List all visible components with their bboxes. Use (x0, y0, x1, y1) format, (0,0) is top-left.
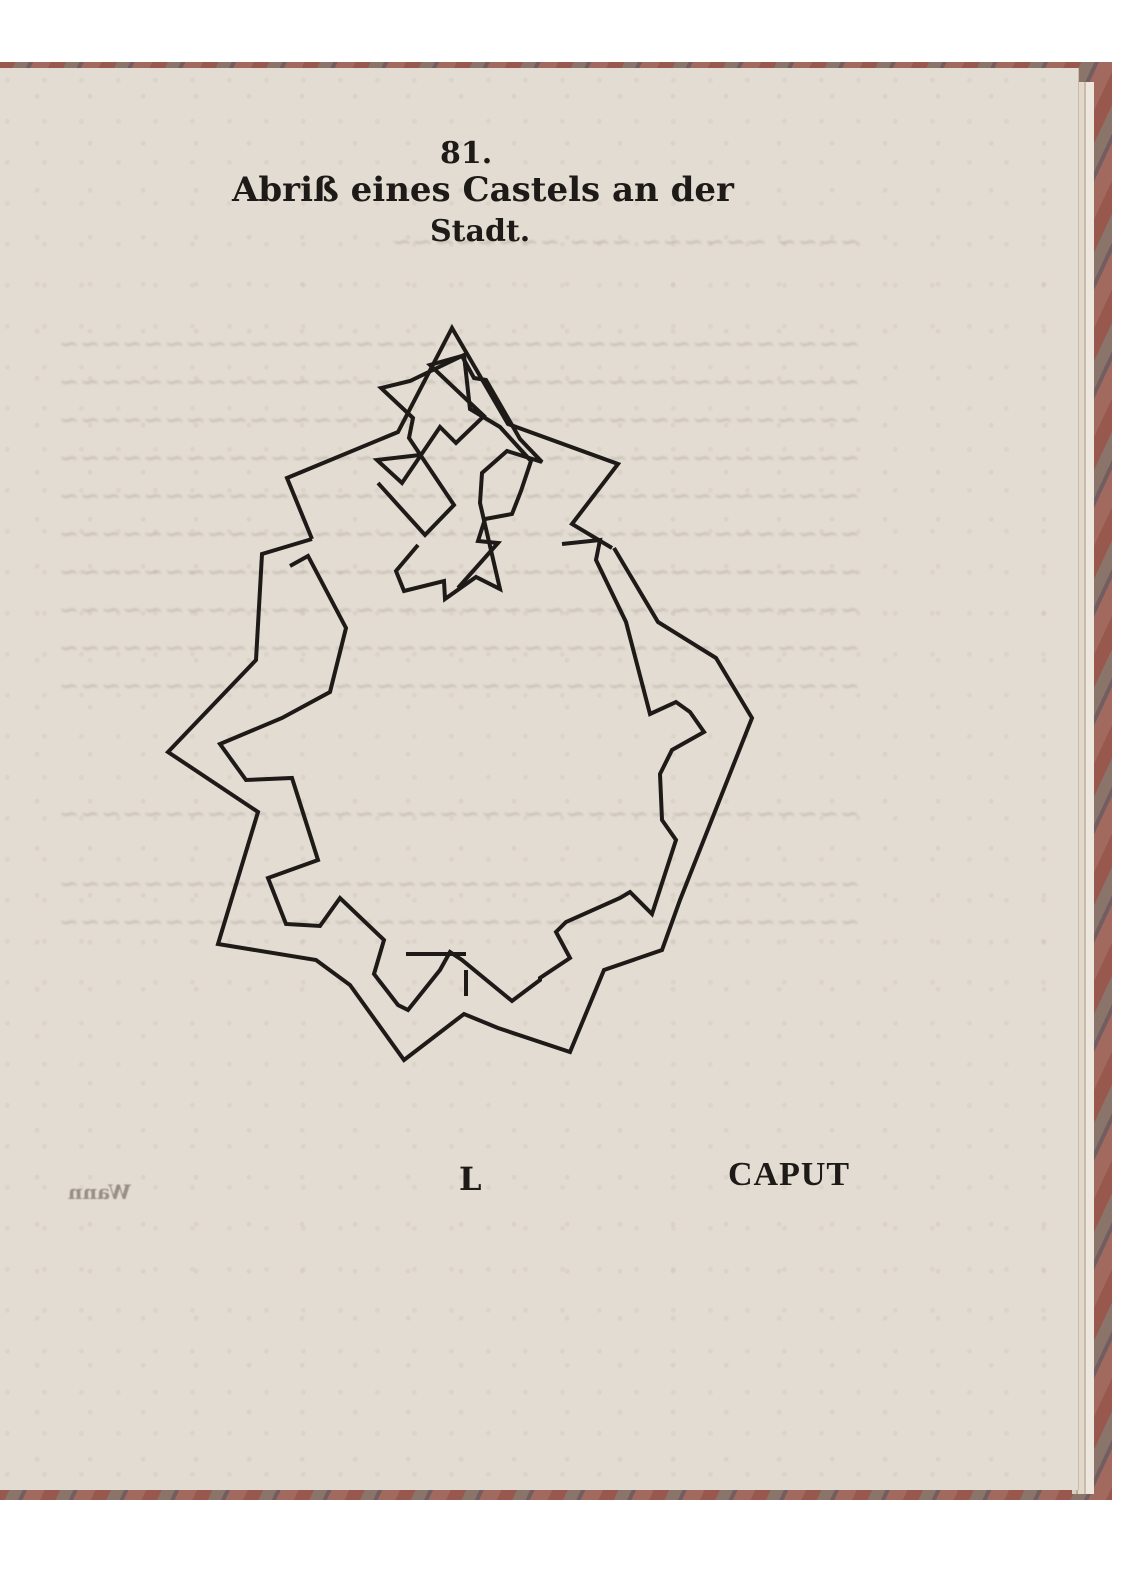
catchword: CAPUT (728, 1156, 850, 1194)
citadel-plan-diagram (0, 0, 1148, 1575)
citadel-inner-wall (377, 356, 542, 599)
town-outer-wall (168, 539, 752, 1060)
signature-mark: L (459, 1160, 482, 1198)
bleed-through-catchword: Wann (68, 1180, 131, 1204)
town-inner-wall (220, 540, 704, 1010)
